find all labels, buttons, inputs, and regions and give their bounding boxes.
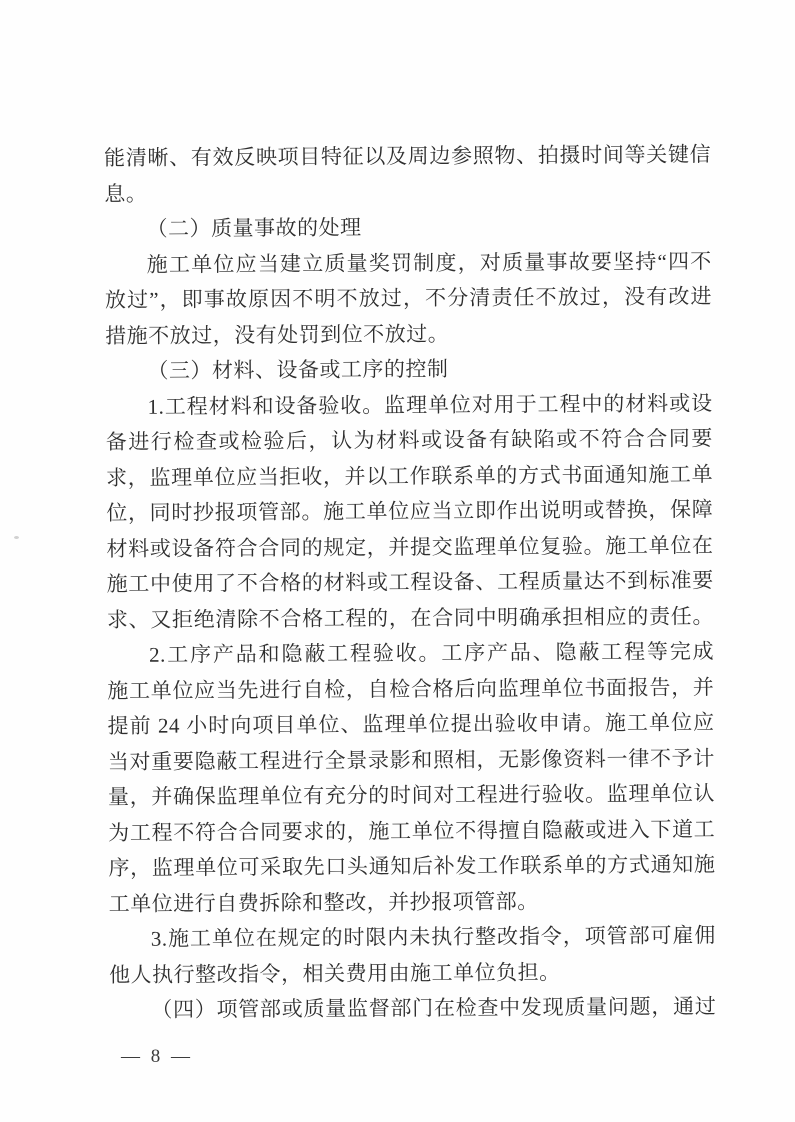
text-line: 3.施工单位在规定的时限内未执行整改指令，项管部可雇佣 bbox=[109, 918, 716, 957]
document-body: 能清晰、有效反映项目特征以及周边参照物、拍摄时间等关键信 息。 （二）质量事故的… bbox=[104, 137, 716, 1028]
text-line: 施工单位应当先进行自检，自检合格后向监理单位书面报告，并 bbox=[107, 670, 714, 709]
text-line: 息。 bbox=[104, 173, 711, 212]
text-line: 为工程不符合合同要求的，施工单位不得擅自隐蔽或进入下道工 bbox=[108, 812, 715, 851]
text-line: 措施不放过，没有处罚到位不放过。 bbox=[105, 315, 712, 354]
text-line: 当对重要隐蔽工程进行全景录影和照相，无影像资料一律不予计 bbox=[108, 741, 715, 780]
text-line: 求，监理单位应当拒收，并以工作联系单的方式书面通知施工单 bbox=[106, 457, 713, 496]
page-number: — 8 — bbox=[121, 1046, 193, 1068]
text-line: 2.工序产品和隐蔽工程验收。工序产品、隐蔽工程等完成后， bbox=[107, 634, 714, 673]
text-line: 求、又拒绝清除不合格工程的，在合同中明确承担相应的责任。 bbox=[107, 599, 714, 638]
text-line: 提前 24 小时向项目单位、监理单位提出验收申请。施工单位应 bbox=[107, 705, 714, 744]
text-line: 1.工程材料和设备验收。监理单位对用于工程中的材料或设 bbox=[106, 386, 713, 425]
text-line: 工单位进行自费拆除和整改，并抄报项管部。 bbox=[109, 883, 716, 922]
text-line: 他人执行整改指令，相关费用由施工单位负担。 bbox=[109, 954, 716, 993]
text-line: 能清晰、有效反映项目特征以及周边参照物、拍摄时间等关键信 bbox=[104, 137, 711, 176]
text-line: 序，监理单位可采取先口头通知后补发工作联系单的方式通知施 bbox=[108, 847, 715, 886]
text-line: （四）项管部或质量监督部门在检查中发现质量问题，通过 bbox=[109, 989, 716, 1028]
document-page: 能清晰、有效反映项目特征以及周边参照物、拍摄时间等关键信 息。 （二）质量事故的… bbox=[0, 0, 795, 1122]
text-line: 施工中使用了不合格的材料或工程设备、工程质量达不到标准要 bbox=[107, 563, 714, 602]
section-heading: （二）质量事故的处理 bbox=[104, 208, 711, 247]
text-line: 备进行检查或检验后，认为材料或设备有缺陷或不符合合同要 bbox=[106, 421, 713, 460]
text-line: 材料或设备符合合同的规定，并提交监理单位复验。施工单位在 bbox=[106, 528, 713, 567]
text-line: 量，并确保监理单位有充分的时间对工程进行验收。监理单位认 bbox=[108, 776, 715, 815]
scan-speck bbox=[14, 536, 19, 539]
section-heading: （三）材料、设备或工序的控制 bbox=[105, 350, 712, 389]
text-line: 放过”，即事故原因不明不放过，不分清责任不放过，没有改进 bbox=[105, 279, 712, 318]
text-line: 位，同时抄报项管部。施工单位应当立即作出说明或替换，保障 bbox=[106, 492, 713, 531]
text-line: 施工单位应当建立质量奖罚制度，对质量事故要坚持“四不 bbox=[105, 244, 712, 283]
